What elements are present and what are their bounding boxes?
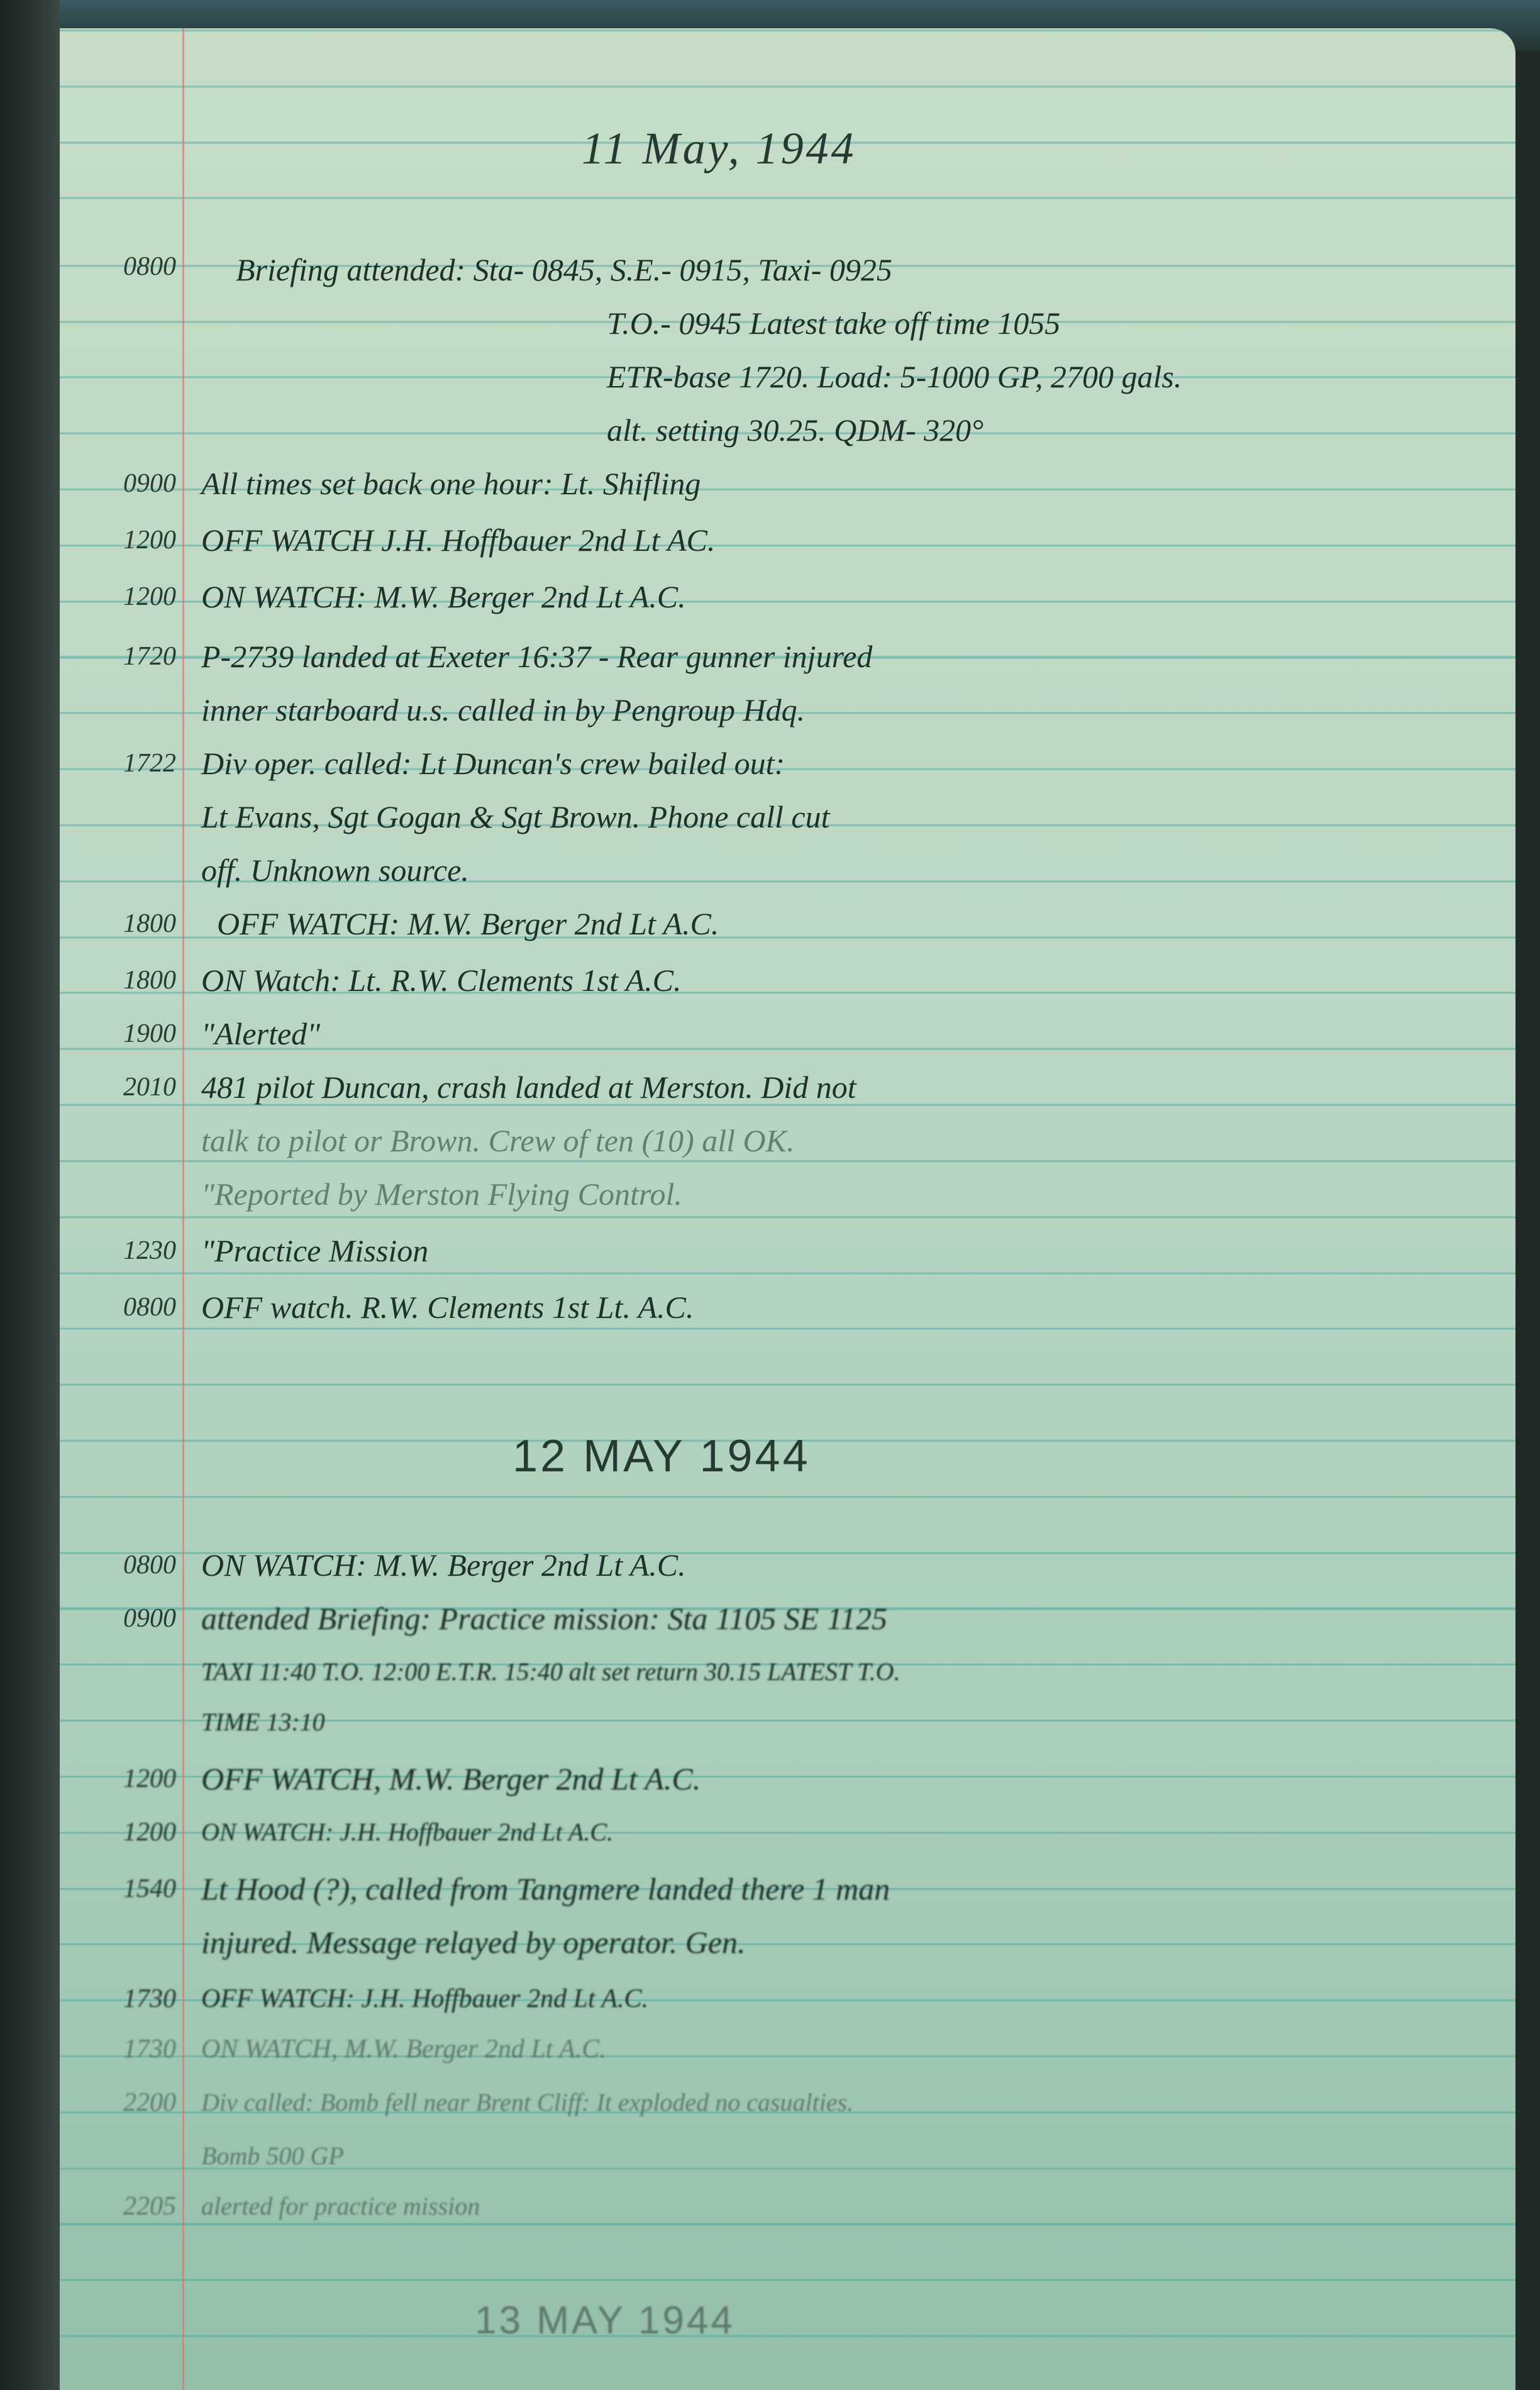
notebook-spine: [0, 0, 60, 2390]
entry-line: TIME 13:10: [201, 1695, 1484, 1750]
margin-line: [182, 28, 184, 2390]
entry-line: Div called: Bomb fell near Brent Cliff: …: [201, 2075, 1484, 2130]
entry-time: 2200: [66, 2088, 176, 2118]
entry-time: 1200: [66, 1817, 176, 1847]
entry-line: OFF WATCH: J.H. Hoffbauer 2nd Lt A.C.: [201, 1971, 1484, 2027]
entry-line: ON WATCH: M.W. Berger 2nd Lt A.C.: [201, 569, 1484, 624]
entry-line: OFF WATCH J.H. Hoffbauer 2nd Lt AC.: [201, 512, 1484, 568]
entry-time: 1200: [66, 1764, 176, 1794]
entry-time: 1200: [66, 582, 176, 612]
entry-line: alerted for practice mission: [201, 2179, 1484, 2234]
entry-line: ON Watch: Lt. R.W. Clements 1st A.C.: [201, 953, 1484, 1008]
entry-line: Div oper. called: Lt Duncan's crew baile…: [201, 736, 1484, 791]
entry-line: ON WATCH: J.H. Hoffbauer 2nd Lt A.C.: [201, 1805, 1484, 1860]
entry-time: 0800: [66, 1550, 176, 1580]
entry-time: 2010: [66, 1072, 176, 1102]
entry-time: 1720: [66, 641, 176, 672]
entry-line: alt. setting 30.25. QDM- 320°: [607, 402, 1515, 458]
entry-line: 481 pilot Duncan, crash landed at Mersto…: [201, 1059, 1484, 1115]
date-heading-day2: 12 MAY 1944: [512, 1430, 811, 1482]
entry-line: OFF watch. R.W. Clements 1st Lt. A.C.: [201, 1280, 1484, 1335]
entry-line: Lt Evans, Sgt Gogan & Sgt Brown. Phone c…: [201, 789, 1484, 844]
entry-line: TAXI 11:40 T.O. 12:00 E.T.R. 15:40 alt s…: [201, 1644, 1484, 1700]
entry-line: off. Unknown source.: [201, 843, 1484, 898]
entry-line: T.O.- 0945 Latest take off time 1055: [607, 296, 1515, 351]
entry-line: ETR-base 1720. Load: 5-1000 GP, 2700 gal…: [607, 349, 1515, 404]
entry-time: 1900: [66, 1019, 176, 1049]
entry-time: 1200: [66, 525, 176, 555]
entry-line: All times set back one hour: Lt. Shiflin…: [201, 456, 1484, 511]
entry-time: 1800: [66, 965, 176, 995]
entry-line: ON WATCH, M.W. Berger 2nd Lt A.C.: [201, 2022, 1484, 2077]
entry-line: "Reported by Merston Flying Control.: [201, 1166, 1484, 1222]
entry-time: 0900: [66, 1603, 176, 1634]
entry-line: Bomb 500 GP: [201, 2128, 1484, 2184]
entry-line: OFF WATCH: M.W. Berger 2nd Lt A.C.: [217, 896, 1500, 951]
log-page: 11 May, 1944 0800 Briefing attended: Sta…: [60, 28, 1515, 2390]
entry-time: 1730: [66, 1984, 176, 2014]
entry-time: 2205: [66, 2191, 176, 2221]
entry-time: 0900: [66, 468, 176, 499]
entry-line: "Alerted": [201, 1006, 1484, 1061]
entry-line: attended Briefing: Practice mission: Sta…: [201, 1591, 1484, 1646]
entry-line: talk to pilot or Brown. Crew of ten (10)…: [201, 1113, 1484, 1168]
entry-line: inner starboard u.s. called in by Pengro…: [201, 682, 1484, 738]
entry-time: 1540: [66, 1874, 176, 1904]
entry-line: "Practice Mission: [201, 1223, 1484, 1278]
entry-time: 1730: [66, 2034, 176, 2064]
date-heading-day1: 11 May, 1944: [582, 123, 856, 175]
entry-line: P-2739 landed at Exeter 16:37 - Rear gun…: [201, 629, 1484, 684]
entry-line: OFF WATCH, M.W. Berger 2nd Lt A.C.: [201, 1751, 1484, 1806]
entry-time: 1722: [66, 748, 176, 778]
entry-time: 1800: [66, 909, 176, 939]
entry-line: Briefing attended: Sta- 0845, S.E.- 0915…: [236, 242, 1515, 297]
entry-time: 0800: [66, 252, 176, 282]
entry-time: 0800: [66, 1292, 176, 1322]
entry-line: ON WATCH: M.W. Berger 2nd Lt A.C.: [201, 1537, 1484, 1593]
entry-time: 1230: [66, 1236, 176, 1266]
entry-line: Lt Hood (?), called from Tangmere landed…: [201, 1861, 1484, 1917]
date-heading-day3: 13 MAY 1944: [475, 2298, 735, 2343]
entry-line: injured. Message relayed by operator. Ge…: [201, 1915, 1484, 1970]
